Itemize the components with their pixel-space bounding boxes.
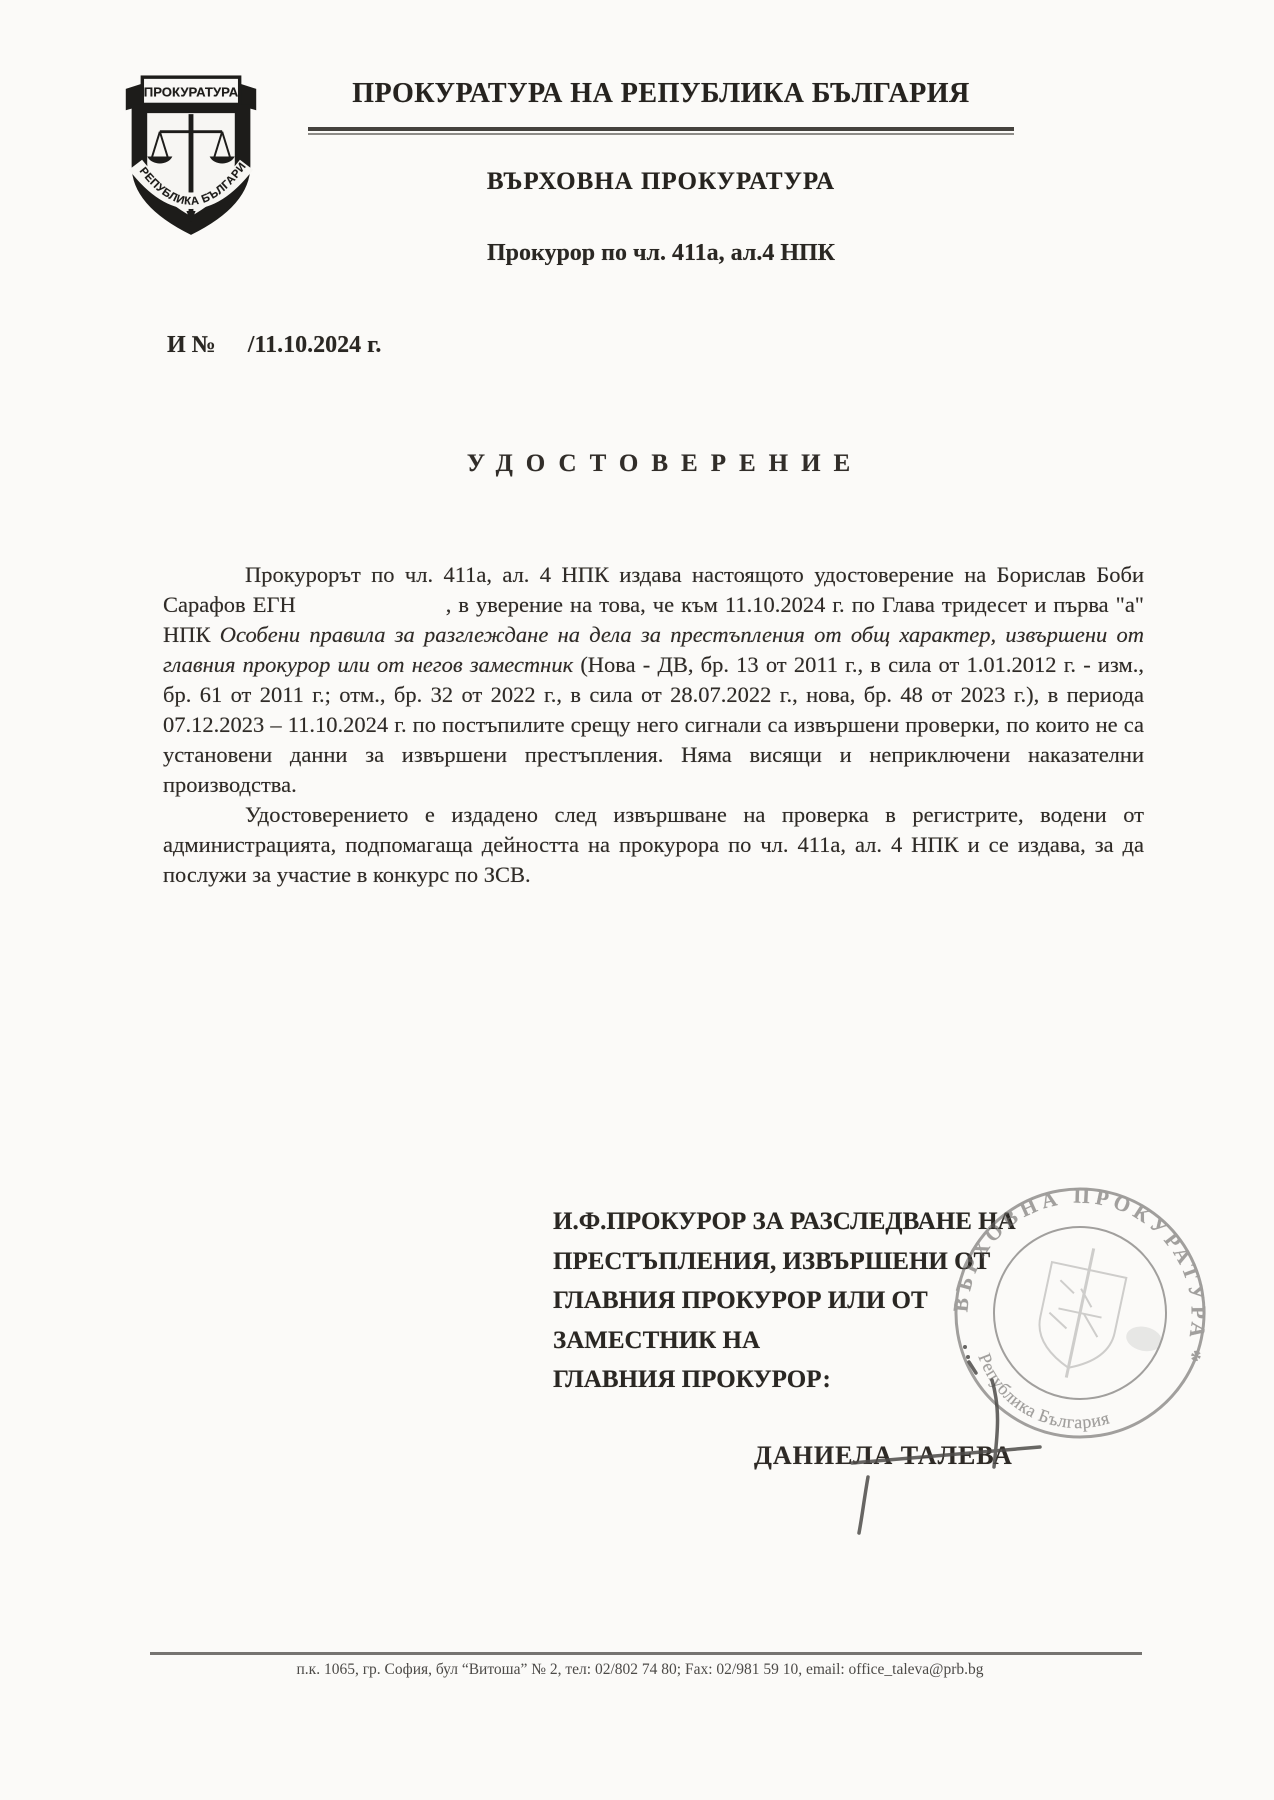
doc-title: УДОСТОВЕРЕНИЕ bbox=[315, 450, 1015, 478]
scanned-certificate-page: ПРОКУРАТУРА РЕПУБЛ bbox=[0, 0, 1274, 1800]
signature-tick bbox=[969, 1362, 976, 1373]
stamp-separator-star: * bbox=[1177, 1344, 1207, 1365]
unit-line: Прокурор по чл. 411а, ал.4 НПК bbox=[308, 240, 1014, 267]
body-paragraph-1: Прокурорът по чл. 411а, ал. 4 НПК издава… bbox=[163, 560, 1144, 800]
footer-text: п.к. 1065, гр. София, бул “Витоша” № 2, … bbox=[140, 1661, 1140, 1679]
sub-title: ВЪРХОВНА ПРОКУРАТУРА bbox=[308, 168, 1014, 196]
footer-rule bbox=[150, 1652, 1142, 1655]
signature-strike-stroke bbox=[852, 1447, 1040, 1463]
ref-prefix: И № bbox=[167, 332, 216, 358]
emblem-banner-text: ПРОКУРАТУРА bbox=[144, 85, 239, 100]
ref-line: И №/11.10.2024 г. bbox=[167, 332, 381, 359]
body-paragraph-2: Удостоверението е издадено след извършва… bbox=[163, 800, 1144, 890]
org-title: ПРОКУРАТУРА НА РЕПУБЛИКА БЪЛГАРИЯ bbox=[308, 78, 1014, 110]
prosecution-emblem: ПРОКУРАТУРА РЕПУБЛ bbox=[118, 72, 264, 240]
header-rule bbox=[308, 127, 1014, 135]
signature-tail-stroke bbox=[859, 1477, 868, 1533]
document-body: Прокурорът по чл. 411а, ал. 4 НПК издава… bbox=[163, 560, 1144, 890]
handwritten-signature bbox=[850, 1335, 1060, 1545]
ref-date: /11.10.2024 г. bbox=[248, 332, 382, 358]
signature-long-stroke bbox=[992, 1380, 998, 1467]
